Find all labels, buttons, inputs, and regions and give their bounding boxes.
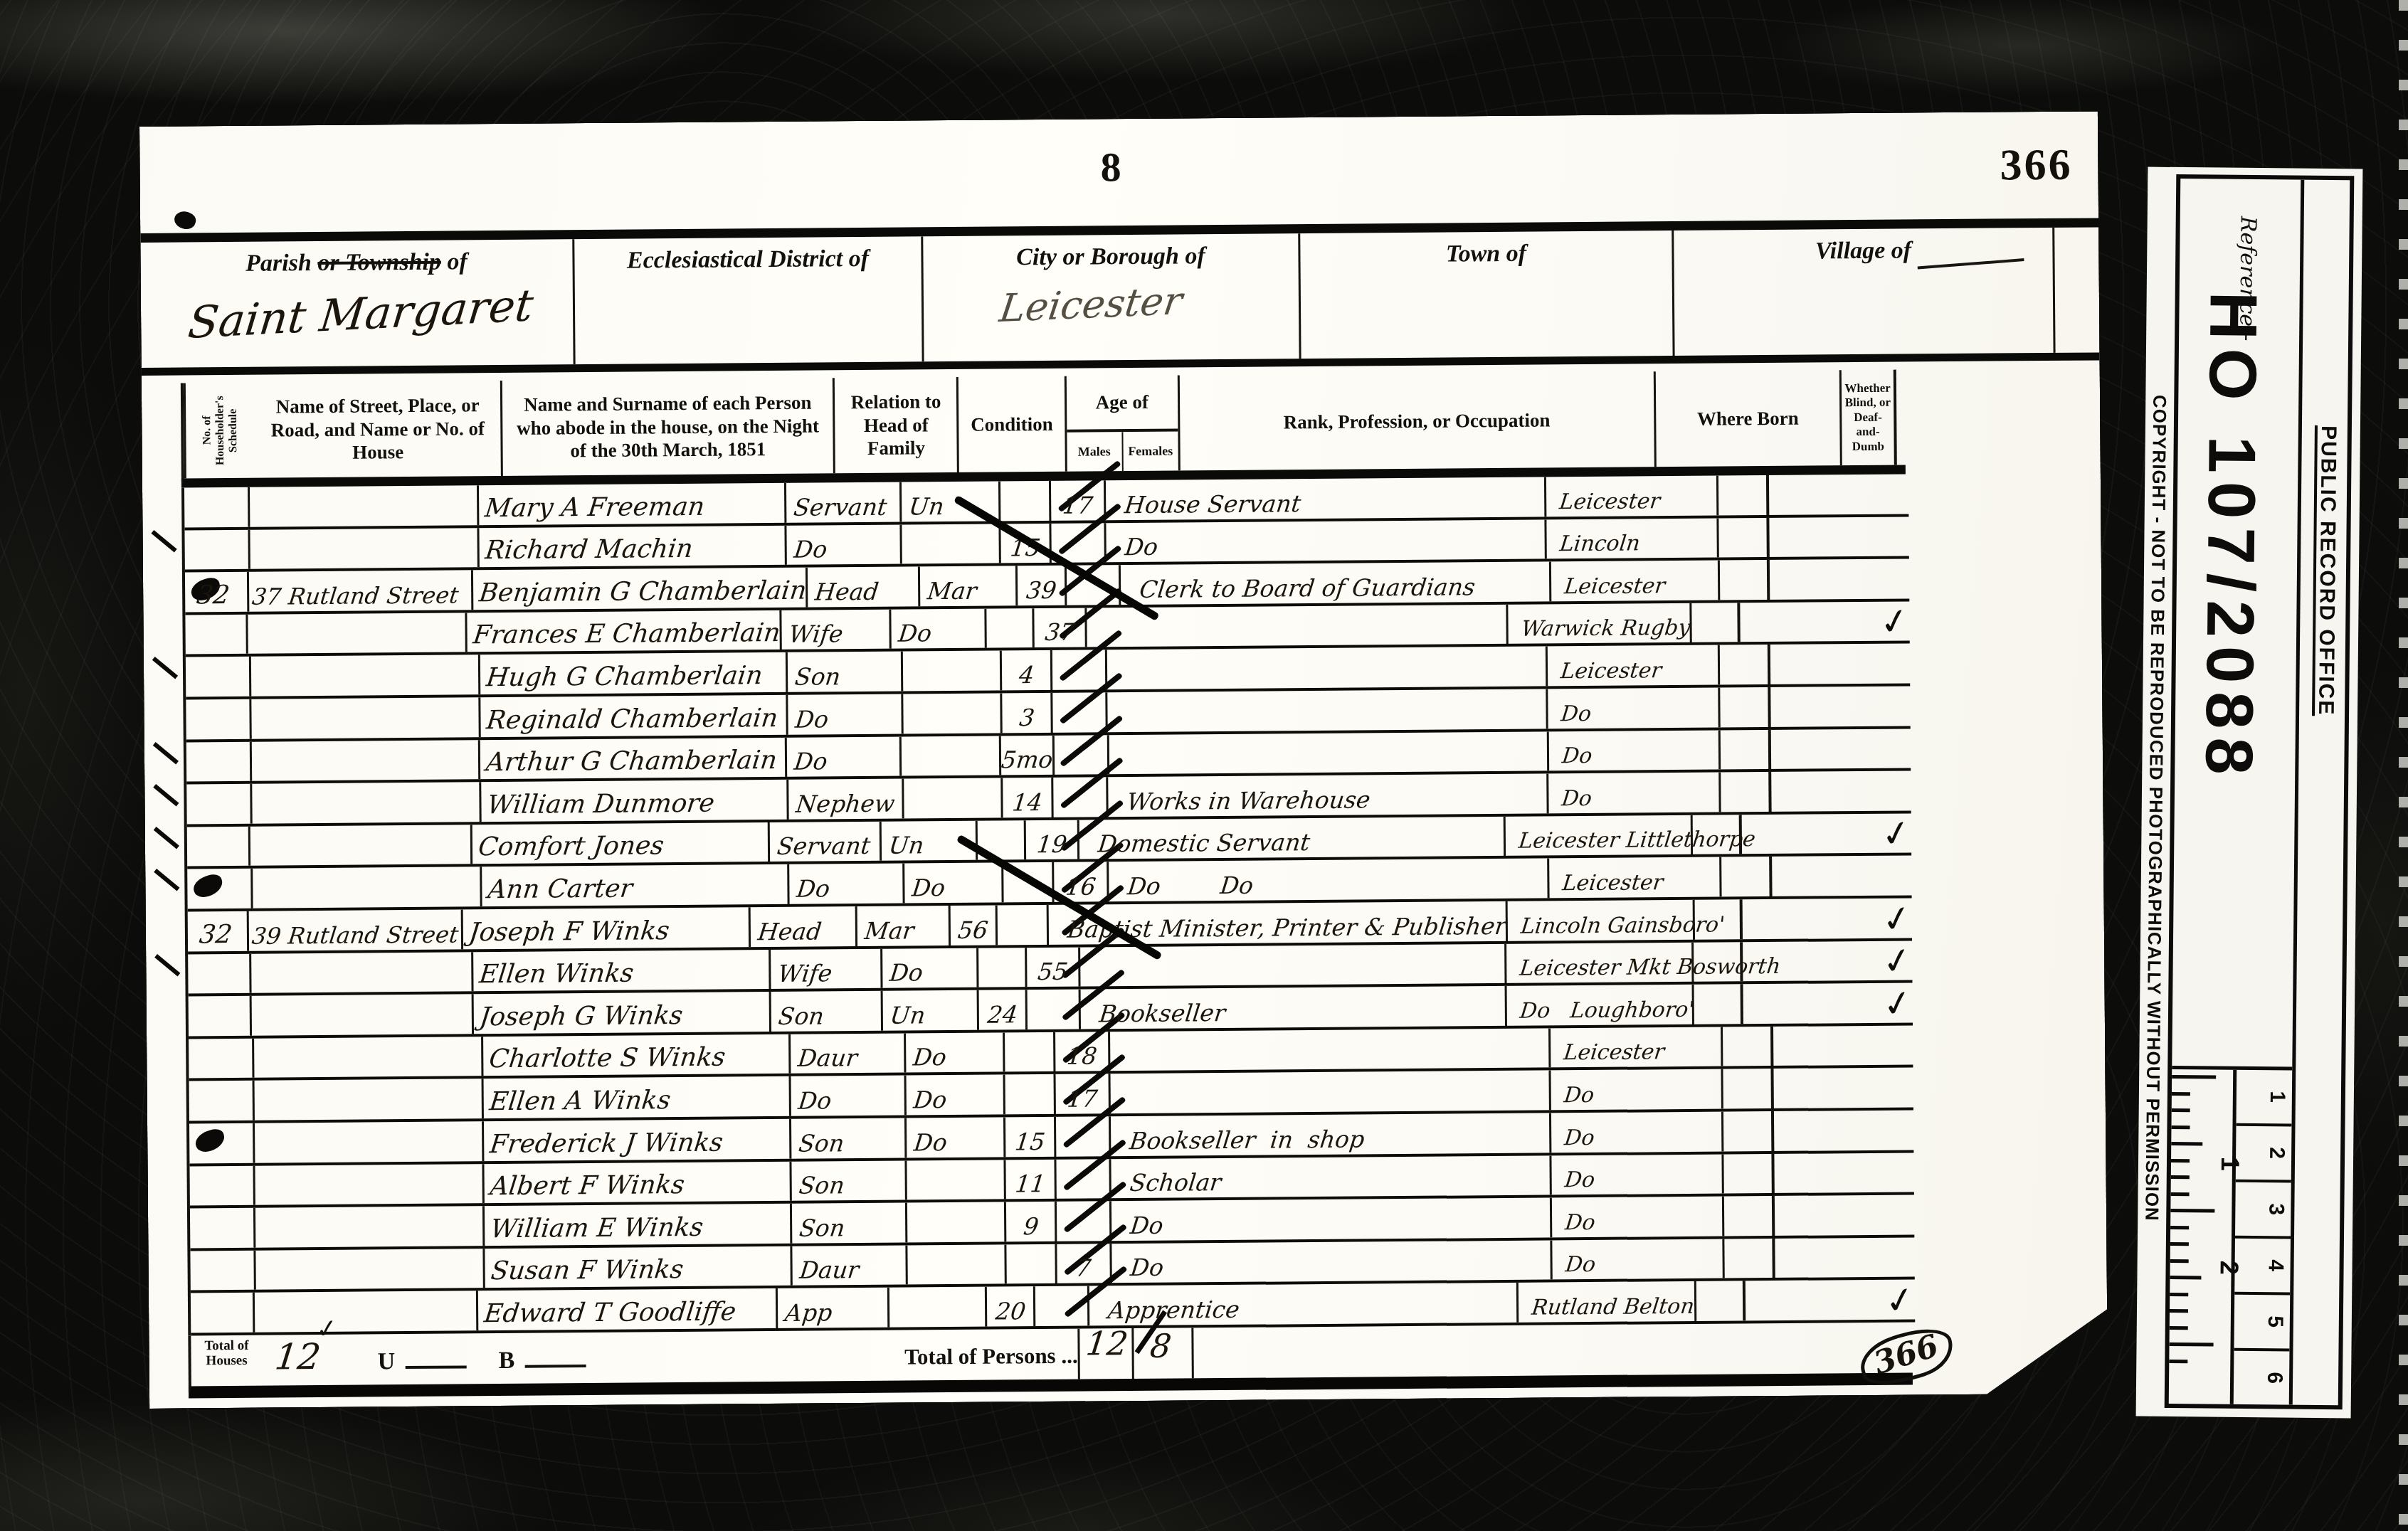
relation-cell: Do — [790, 864, 905, 904]
street-cell — [255, 1291, 478, 1333]
margin-cell — [1772, 856, 1911, 896]
header-field-ecclesiastical: Ecclesiastical District of — [574, 236, 924, 364]
ruler-cm-cell: 1 — [2237, 1070, 2293, 1127]
ruler-tick — [2171, 1125, 2232, 1142]
where-born-cell: Do — [1548, 688, 1720, 729]
check-icon: ✓ — [1879, 941, 1915, 981]
occupation-cell — [1109, 731, 1549, 774]
parish-label: Parish or Township of — [140, 248, 572, 278]
age-females-cell — [997, 905, 1049, 945]
copyright-notice: COPYRIGHT - NOT TO BE REPRODUCED PHOTOGR… — [2140, 395, 2170, 1222]
city-value: Leicester — [924, 280, 1299, 328]
name-cell: Joseph G Winks — [474, 992, 772, 1034]
condition-cell — [889, 1287, 987, 1328]
blind-cell — [1723, 1111, 1775, 1151]
schedule-cell — [189, 1081, 255, 1121]
page-number: 8 — [1100, 143, 1121, 191]
blind-cell — [1721, 772, 1772, 812]
schedule-cell — [189, 1038, 255, 1078]
check-icon: ✓ — [1876, 602, 1912, 642]
relation-cell: Son — [771, 991, 882, 1032]
schedule-cell — [189, 996, 253, 1036]
relation-cell: Son — [788, 652, 903, 692]
margin-cell — [1774, 1153, 1913, 1193]
condition-cell: Do — [892, 608, 987, 649]
occupation-cell: Works in Warehouse — [1108, 774, 1548, 817]
blind-cell — [1724, 1239, 1775, 1278]
margin-cell: ✓ — [1742, 813, 1911, 854]
age-males-cell: 9 — [1006, 1202, 1057, 1241]
schedule-cell: 32 — [185, 572, 250, 612]
totals-row: Total of Houses 12 ✓ U B Total of Person… — [188, 1322, 1913, 1398]
schedule-cell — [188, 953, 252, 993]
schedule-cell — [191, 1293, 255, 1333]
age-females-cell: 37 — [1035, 608, 1088, 647]
schedule-cell — [186, 784, 253, 824]
relation-cell: Do — [788, 694, 904, 735]
name-cell: Comfort Jones — [472, 822, 771, 864]
age-males-cell — [1007, 1244, 1057, 1284]
condition-cell — [907, 1202, 1006, 1243]
margin-tick-mark — [151, 530, 176, 552]
condition-cell — [907, 1160, 1006, 1200]
street-cell — [252, 994, 474, 1035]
where-born-cell: Warwick Rugby — [1508, 603, 1692, 645]
condition-cell — [904, 778, 1003, 819]
condition-cell: Mar — [920, 566, 1018, 607]
name-cell: Charlotte S Winks — [483, 1034, 791, 1076]
street-cell — [255, 1164, 485, 1205]
margin-cell — [1771, 729, 1911, 769]
ruler-cm-label: 3 — [2264, 1203, 2288, 1215]
margin-cell — [1770, 559, 1909, 600]
condition-cell — [902, 651, 1002, 692]
condition-cell: Mar — [857, 906, 951, 946]
age-of-label: Age of — [1066, 376, 1178, 433]
age-females-cell: 7 — [1057, 1244, 1112, 1283]
relation-cell: Wife — [771, 948, 882, 989]
margin-cell — [1773, 1068, 1913, 1108]
blind-cell — [1724, 1196, 1775, 1236]
divider — [2289, 180, 2305, 1405]
blind-cell — [1691, 603, 1741, 642]
age-females-cell — [1052, 692, 1108, 732]
total-houses-value: 12 — [275, 1336, 320, 1377]
street-cell — [255, 1206, 485, 1247]
name-cell: William E Winks — [485, 1204, 793, 1246]
office-name: PUBLIC RECORD OFFICE — [2313, 425, 2340, 716]
total-persons-males: 12 — [1086, 1324, 1128, 1362]
condition-cell: Do — [906, 1117, 1005, 1157]
where-born-cell: Leicester — [1546, 476, 1718, 516]
street-cell — [253, 867, 482, 908]
column-header-schedule: No. of Householder's Schedule — [184, 383, 255, 479]
occupation-cell: Do — [1106, 519, 1546, 562]
margin-cell: ✓ — [1740, 601, 1909, 642]
ruler-tick — [2170, 1209, 2232, 1226]
relation-cell: Daur — [791, 1033, 906, 1074]
header-band-margin — [2054, 227, 2099, 352]
occupation-cell: Apprentice — [1089, 1283, 1519, 1325]
column-header-name: Name and Surname of each Person who abod… — [502, 378, 835, 476]
age-females-cell — [1056, 1159, 1111, 1199]
name-cell: Ellen Winks — [473, 950, 771, 992]
street-cell: 39 Rutland Street — [249, 909, 463, 950]
condition-cell — [902, 736, 1001, 776]
occupation-cell: Baptist Minister, Printer & Publisher — [1049, 901, 1509, 945]
blind-cell — [1723, 1069, 1774, 1108]
schedule-cell — [190, 1250, 256, 1290]
column-header-condition: Condition — [959, 376, 1067, 472]
margin-cell — [1773, 1025, 1913, 1066]
town-label: Town of — [1300, 239, 1672, 269]
name-cell: Hugh G Chamberlain — [480, 652, 788, 694]
ruler-cm-cell: 5 — [2234, 1295, 2291, 1352]
relation-cell: Do — [791, 1076, 907, 1116]
blind-cell — [1723, 1154, 1775, 1194]
column-header-relation: Relation to Head of Family — [835, 377, 959, 473]
street-cell — [251, 952, 473, 993]
ruler-cm-cell: 6 — [2234, 1351, 2289, 1405]
schedule-cell — [184, 487, 250, 527]
ruler-cm-label: 2 — [2264, 1147, 2288, 1159]
condition-cell: Do — [904, 863, 1004, 904]
ruler-tick — [2169, 1359, 2230, 1376]
where-born-cell: Do — [1552, 1239, 1724, 1279]
ruler-tick — [2170, 1325, 2231, 1342]
ruler-cm-label: 6 — [2262, 1372, 2286, 1384]
occupation-cell: Scholar — [1111, 1155, 1551, 1198]
street-cell — [248, 613, 468, 654]
occupation-cell — [1110, 1028, 1551, 1071]
age-females-cell: 55 — [1027, 947, 1080, 987]
age-males-cell: 39 — [1018, 566, 1067, 605]
strip-frame: PUBLIC RECORD OFFICE Reference:- HO 107/… — [2165, 174, 2355, 1409]
margin-cell — [1775, 1195, 1914, 1236]
occupation-cell: House Servant — [1106, 477, 1546, 519]
street-cell — [255, 1079, 484, 1121]
name-cell: Ann Carter — [482, 864, 790, 906]
street-cell — [252, 740, 481, 781]
age-males-cell: 20 — [987, 1286, 1036, 1326]
ruler-tick — [2170, 1242, 2232, 1259]
schedule-cell: 32 — [188, 911, 250, 951]
rows: Mary A Freeman Servant Un 17 House Serva… — [181, 474, 1915, 1335]
ruler-tick — [2170, 1225, 2232, 1242]
where-born-cell: Leicester — [1551, 561, 1720, 601]
occupation-cell: Do — [1111, 1198, 1552, 1241]
where-born-cell: Rutland Belton — [1519, 1281, 1696, 1323]
blind-cell — [1718, 475, 1770, 515]
street-cell — [252, 782, 481, 823]
blank-line — [524, 1360, 586, 1368]
relation-cell: Servant — [786, 482, 902, 523]
microfilm-background: 8 366 Parish or Township of Saint Margar… — [0, 0, 2408, 1531]
occupation-cell — [1107, 647, 1548, 689]
relation-cell: Servant — [770, 822, 881, 862]
margin-tick-mark — [153, 784, 179, 806]
occupation-cell: Do — [1111, 1240, 1552, 1283]
margin-tick-mark — [152, 657, 178, 679]
name-cell: Arthur G Chamberlain — [480, 737, 788, 779]
reference-strip: COPYRIGHT - NOT TO BE REPRODUCED PHOTOGR… — [2136, 167, 2363, 1419]
condition-cell: Do — [906, 1075, 1005, 1116]
age-females-cell — [1028, 990, 1081, 1029]
street-cell — [251, 697, 480, 738]
blind-cell — [1720, 645, 1771, 684]
schedule-cell — [185, 615, 248, 655]
age-females-cell: 19 — [1026, 820, 1079, 859]
where-born-cell: Do — [1551, 1069, 1723, 1110]
ruler-tick — [2172, 1091, 2233, 1108]
name-cell: Ellen A Winks — [484, 1076, 792, 1118]
age-females-cell — [1035, 1286, 1089, 1326]
name-cell: Joseph F Winks — [463, 907, 751, 949]
building-label: B — [498, 1347, 586, 1374]
occupation-cell: Domestic Servant — [1079, 817, 1506, 859]
name-cell: Mary A Freeman — [479, 483, 787, 525]
ruler: 12 123456 — [2169, 1066, 2293, 1405]
header-field-village: Village of — [1674, 228, 2055, 356]
street-cell — [255, 1121, 484, 1162]
age-males-cell: 56 — [951, 906, 998, 945]
column-line — [1077, 1329, 1080, 1379]
name-cell: Richard Machin — [480, 525, 788, 567]
column-headers: No. of Householder's Schedule Name of St… — [181, 370, 1906, 488]
where-born-cell: Leicester Mkt Bosworth — [1506, 942, 1694, 983]
folio-number: 366 — [2000, 140, 2073, 191]
schedule-cell — [186, 741, 252, 781]
relation-cell: Son — [792, 1203, 907, 1244]
name-cell: William Dunmore — [481, 780, 789, 822]
condition-cell — [903, 693, 1003, 733]
age-males-cell — [978, 948, 1027, 987]
margin-cell: ✓ — [1746, 1280, 1915, 1320]
blank-line — [405, 1361, 466, 1369]
margin-cell — [1769, 516, 1908, 557]
age-females-cell — [1052, 650, 1107, 690]
blind-cell — [1720, 687, 1771, 727]
street-cell — [254, 1037, 483, 1078]
relation-cell: Do — [787, 524, 902, 565]
age-males-cell: 5mo — [1001, 735, 1055, 775]
relation-cell: Do — [787, 736, 902, 777]
ruler-cm-label: 4 — [2264, 1259, 2288, 1271]
parish-value: Saint Margaret — [141, 286, 574, 341]
condition-cell: Un — [882, 990, 979, 1031]
age-females-cell — [1056, 1201, 1111, 1241]
where-born-cell: Leicester — [1548, 645, 1720, 686]
margin-cell — [1775, 1237, 1914, 1278]
ruler-tick — [2170, 1309, 2231, 1326]
street-cell — [250, 485, 479, 526]
column-header-blind: Whether Blind, or Deaf-and-Dumb — [1842, 370, 1897, 466]
occupation-cell — [1107, 689, 1548, 731]
ruler-tick — [2171, 1175, 2232, 1192]
blind-cell — [1721, 730, 1771, 770]
where-born-cell: Do — [1551, 1111, 1723, 1152]
city-label: City or Borough of — [923, 242, 1298, 272]
check-icon: ✓ — [315, 1313, 339, 1345]
age-males-cell: 3 — [1003, 693, 1053, 733]
age-males-cell: 11 — [1006, 1159, 1057, 1199]
schedule-cell — [184, 529, 250, 569]
name-cell: Reginald Chamberlain — [480, 695, 788, 737]
film-edge-perforations — [2399, 0, 2408, 1531]
margin-tick-mark — [154, 869, 179, 891]
blind-cell — [1696, 1281, 1746, 1321]
ruler-cm-label: 1 — [2265, 1091, 2289, 1103]
margin-cell — [1770, 686, 1910, 726]
occupation-cell — [1111, 1071, 1551, 1113]
header-band: Parish or Township of Saint Margaret Ecc… — [140, 218, 2099, 376]
blind-cell — [1718, 518, 1770, 558]
schedule-cell — [186, 699, 252, 739]
ecclesiastical-label: Ecclesiastical District of — [574, 245, 921, 275]
reference-number: HO 107/2088 — [2190, 291, 2272, 783]
street-cell — [250, 825, 472, 866]
uninhabited-label: U — [377, 1347, 466, 1375]
condition-cell — [902, 524, 1001, 564]
age-males-cell — [1000, 481, 1051, 521]
total-houses-label: Total of Houses — [191, 1338, 262, 1369]
name-cell: Albert F Winks — [485, 1161, 793, 1203]
name-cell: Susan F Winks — [485, 1246, 793, 1288]
age-males-cell: 15 — [1005, 1117, 1056, 1157]
margin-cell — [1774, 1110, 1913, 1150]
ruler-inch-scale: 12 — [2169, 1069, 2237, 1404]
blind-cell — [1720, 560, 1770, 600]
struck-text: or Township — [317, 249, 441, 276]
column-header-born: Where Born — [1656, 370, 1843, 467]
check-icon: ✓ — [1880, 983, 1916, 1024]
header-field-city: City or Borough of Leicester — [923, 233, 1301, 361]
ruler-tick — [2170, 1192, 2232, 1209]
column-header-occupation: Rank, Profession, or Occupation — [1179, 371, 1656, 470]
where-born-cell: Lincoln — [1546, 518, 1718, 558]
street-cell — [256, 1249, 485, 1290]
ruler-cm-cell: 4 — [2234, 1239, 2291, 1296]
females-label: Females — [1123, 432, 1178, 472]
check-icon: ✓ — [1882, 1280, 1918, 1320]
relation-cell: Head — [750, 906, 857, 947]
relation-cell: App — [778, 1288, 890, 1328]
age-males-cell: 24 — [979, 990, 1028, 1029]
where-born-cell: Do — [1551, 1154, 1723, 1194]
age-males-cell — [1005, 1032, 1056, 1072]
ruler-cm-cell: 3 — [2235, 1182, 2291, 1239]
name-cell: Edward T Goodliffe — [478, 1288, 778, 1330]
ruler-tick — [2169, 1342, 2230, 1360]
age-females-cell — [1055, 735, 1110, 775]
ruler-tick — [2170, 1276, 2231, 1293]
age-males-cell — [1005, 1074, 1056, 1114]
schedule-cell — [190, 1208, 256, 1248]
where-born-cell: Do — [1548, 730, 1721, 770]
ruler-tick — [2172, 1075, 2233, 1092]
condition-cell — [907, 1244, 1007, 1285]
column-header-age: Age of Males Females — [1066, 376, 1180, 472]
age-males-cell: 14 — [1003, 778, 1054, 817]
column-line — [1131, 1328, 1134, 1379]
relation-cell: Son — [792, 1160, 907, 1201]
where-born-cell: Lincoln Gainsboro' — [1508, 900, 1695, 941]
age-females-cell: 18 — [1055, 1032, 1111, 1071]
where-born-cell: Do — [1548, 773, 1721, 813]
margin-cell — [1769, 474, 1908, 514]
census-sheet: 8 366 Parish or Township of Saint Margar… — [139, 111, 2108, 1409]
schedule-cell — [186, 657, 252, 696]
schedule-cell — [189, 1165, 255, 1205]
margin-cell: ✓ — [1743, 898, 1912, 938]
ruler-cm-scale: 123456 — [2234, 1070, 2292, 1405]
relation-cell: Son — [791, 1118, 907, 1158]
occupation-cell: Clerk to Board of Guardians — [1121, 562, 1552, 605]
header-field-parish: Parish or Township of Saint Margaret — [140, 239, 575, 368]
ruler-cm-label: 5 — [2263, 1315, 2287, 1328]
relation-cell: Wife — [782, 610, 892, 650]
column-header-margin — [1896, 370, 1906, 465]
check-icon: ✓ — [1879, 814, 1914, 854]
relation-cell: Nephew — [789, 779, 904, 820]
occupation-cell: Bookseller — [1081, 986, 1507, 1029]
age-females-cell — [1053, 777, 1109, 817]
blind-cell — [1723, 1027, 1774, 1066]
margin-tick-mark — [154, 827, 179, 849]
where-born-cell: Leicester Littlethorpe — [1506, 815, 1693, 857]
street-cell — [250, 528, 480, 569]
total-persons-females: 8 — [1150, 1327, 1171, 1365]
age-females-cell — [1056, 1116, 1111, 1156]
age-males-cell — [986, 608, 1035, 648]
schedule-cell — [187, 827, 251, 867]
ruler-tick — [2170, 1292, 2231, 1309]
street-cell — [251, 655, 480, 696]
occupation-cell: Do Do — [1109, 859, 1549, 901]
check-icon: ✓ — [1879, 899, 1915, 939]
schedule-cell — [187, 869, 253, 908]
street-cell: 37 Rutland Street — [249, 571, 474, 612]
relation-cell: Daur — [793, 1245, 908, 1286]
schedule-cell — [189, 1123, 255, 1163]
ruler-cm-cell: 2 — [2236, 1126, 2292, 1183]
where-born-cell: Leicester — [1551, 1027, 1723, 1067]
name-cell: Frances E Chamberlain — [467, 610, 782, 652]
relation-cell: Head — [808, 567, 920, 608]
age-males-cell: 4 — [1002, 650, 1052, 690]
column-header-street: Name of Street, Place, or Road, and Name… — [255, 381, 503, 478]
header-field-town: Town of — [1300, 231, 1674, 359]
blind-cell — [1694, 984, 1743, 1024]
occupation-cell: Bookseller in shop — [1111, 1113, 1551, 1155]
margin-cell — [1770, 644, 1910, 684]
where-born-cell: Do Loughboro' — [1507, 985, 1694, 1026]
name-cell: Frederick J Winks — [484, 1119, 792, 1161]
margin-tick-mark — [153, 742, 179, 764]
condition-cell: Do — [882, 948, 979, 988]
name-cell: Benjamin G Chamberlain — [473, 568, 808, 610]
margin-tick-mark — [154, 954, 180, 976]
ruler-tick — [2172, 1108, 2233, 1125]
blind-cell — [1721, 857, 1773, 896]
total-persons-label: Total of Persons ... — [867, 1343, 1077, 1370]
age-females-cell: 17 — [1055, 1074, 1111, 1114]
where-born-cell: Leicester — [1549, 857, 1721, 898]
margin-cell — [1771, 771, 1911, 812]
age-females-cell: 17 — [1051, 480, 1107, 520]
where-born-cell: Do — [1552, 1197, 1724, 1237]
column-line — [1191, 1328, 1194, 1378]
